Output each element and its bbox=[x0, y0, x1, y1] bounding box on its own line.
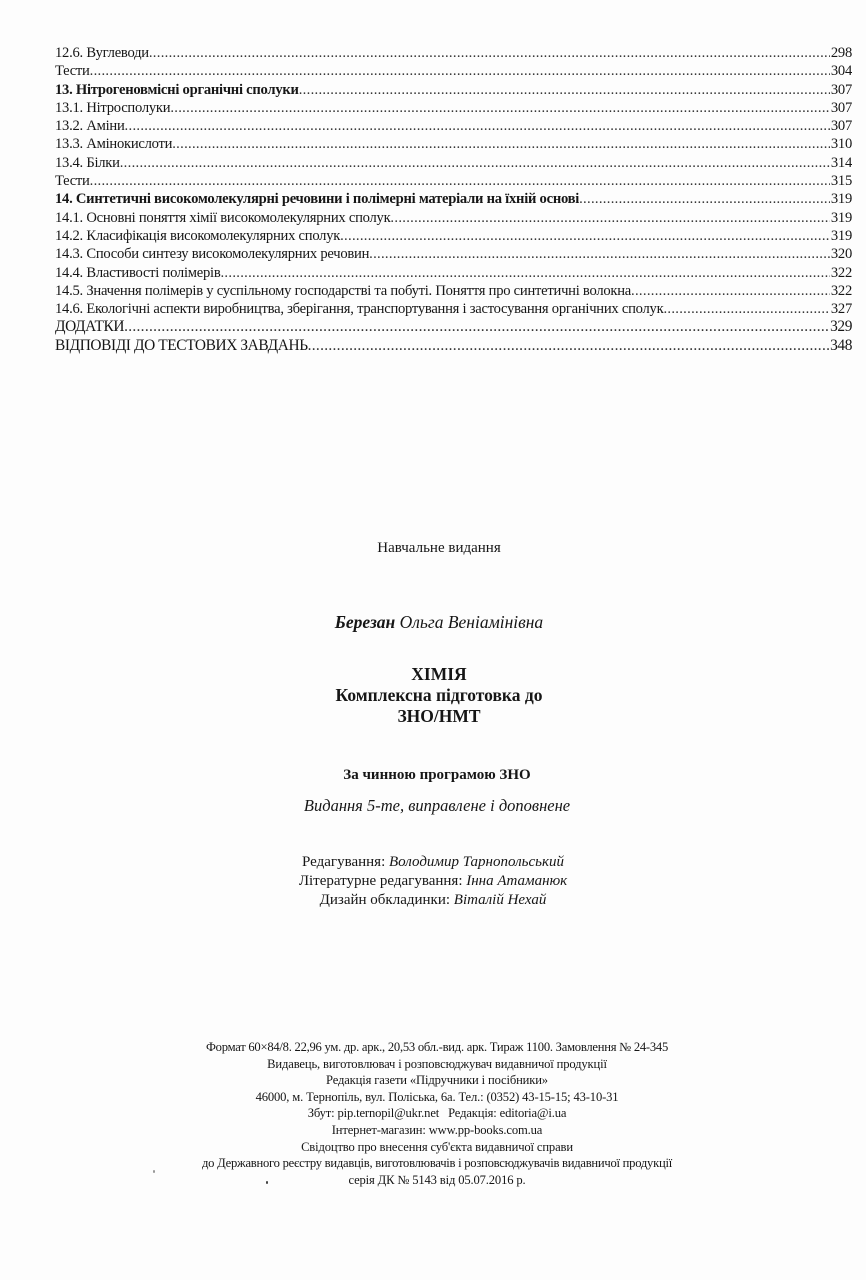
toc-entry-title: 14.6. Екологічні аспекти виробництва, зб… bbox=[55, 300, 663, 318]
format-line: Формат 60×84/8. 22,96 ум. др. арк., 20,5… bbox=[4, 1039, 866, 1056]
toc-entry-title: 13.2. Аміни bbox=[55, 117, 125, 135]
book-title-line: ХІМІЯ bbox=[6, 664, 866, 685]
toc-entry-page: 322 bbox=[830, 282, 852, 300]
toc-entry-page: 315 bbox=[830, 172, 852, 190]
scan-speck bbox=[153, 1170, 155, 1173]
toc-entry-page: 310 bbox=[830, 135, 852, 153]
toc-entry[interactable]: 14.2. Класифікація високомолекулярних сп… bbox=[55, 227, 852, 245]
toc-entry-page: 298 bbox=[830, 44, 852, 62]
publisher-info: Формат 60×84/8. 22,96 ум. др. арк., 20,5… bbox=[4, 1039, 866, 1188]
program-note: За чинною програмою ЗНО bbox=[4, 767, 866, 784]
toc-leader-dots bbox=[579, 190, 830, 208]
credits: Редагування: Володимир Тарнопольський Лі… bbox=[0, 853, 866, 910]
address-line: 46000, м. Тернопіль, вул. Поліська, 6а. … bbox=[4, 1089, 866, 1106]
toc-entry-title: Тести bbox=[55, 62, 90, 80]
credit-role: Літературне редагування: bbox=[299, 873, 463, 889]
toc-entry[interactable]: 14.5. Значення полімерів у суспільному г… bbox=[55, 282, 852, 300]
toc-entry-title: 12.6. Вуглеводи bbox=[55, 44, 149, 62]
credit-role: Дизайн обкладинки: bbox=[320, 892, 450, 908]
toc-entry-title: ДОДАТКИ bbox=[55, 318, 124, 336]
author-given-names: Ольга Веніамінівна bbox=[400, 612, 544, 632]
toc-entry-page: 327 bbox=[830, 300, 852, 318]
toc-entry-title: ВІДПОВІДІ ДО ТЕСТОВИХ ЗАВДАНЬ bbox=[55, 337, 308, 355]
credit-name: Інна Атаманюк bbox=[466, 873, 567, 889]
certificate-line: Свідоцтво про внесення суб'єкта видавнич… bbox=[4, 1139, 866, 1156]
toc-leader-dots bbox=[125, 117, 830, 135]
toc-chapter-entry[interactable]: 13. Нітрогеновмісні органічні сполуки 30… bbox=[55, 81, 852, 99]
toc-leader-dots bbox=[299, 81, 830, 99]
email-line: Збут: pip.ternopil@ukr.net Редакція: edi… bbox=[4, 1105, 866, 1122]
scan-speck bbox=[266, 1181, 268, 1184]
website-line: Інтернет-магазин: www.pp-books.com.ua bbox=[4, 1122, 866, 1139]
toc-entry-title: 14.5. Значення полімерів у суспільному г… bbox=[55, 282, 631, 300]
book-title: ХІМІЯ Комплексна підготовка до ЗНО/НМТ bbox=[6, 664, 866, 727]
credit-line: Редагування: Володимир Тарнопольський bbox=[0, 853, 866, 872]
toc-entry-title: 14.2. Класифікація високомолекулярних сп… bbox=[55, 227, 340, 245]
toc-leader-dots bbox=[120, 154, 830, 172]
toc-entry-title: 13.3. Амінокислоти bbox=[55, 135, 172, 153]
toc-entry-page: 307 bbox=[830, 117, 852, 135]
toc-leader-dots bbox=[90, 172, 830, 190]
toc-entry[interactable]: 14.4. Властивості полімерів 322 bbox=[55, 264, 852, 282]
toc-leader-dots bbox=[308, 337, 829, 355]
credit-line: Літературне редагування: Інна Атаманюк bbox=[0, 872, 866, 891]
edition-type-label: Навчальне видання bbox=[6, 540, 866, 557]
toc-entry-page: 319 bbox=[830, 190, 852, 208]
toc-entry[interactable]: 13.4. Білки 314 bbox=[55, 154, 852, 172]
book-title-line: ЗНО/НМТ bbox=[6, 706, 866, 727]
certificate-series-line: серія ДК № 5143 від 05.07.2016 р. bbox=[4, 1172, 866, 1189]
toc-entry-page: 319 bbox=[830, 227, 852, 245]
toc-leader-dots bbox=[220, 264, 829, 282]
toc-leader-dots bbox=[390, 209, 829, 227]
toc-entry-title: 14.3. Способи синтезу високомолекулярних… bbox=[55, 245, 369, 263]
toc-entry-title: Тести bbox=[55, 172, 90, 190]
toc-leader-dots bbox=[369, 245, 830, 263]
toc-entry-title: 14.4. Властивості полімерів bbox=[55, 264, 220, 282]
table-of-contents: 12.6. Вуглеводи 298 Тести 304 13. Нітрог… bbox=[55, 44, 852, 355]
credit-role: Редагування: bbox=[302, 854, 385, 870]
toc-entry[interactable]: 13.2. Аміни 307 bbox=[55, 117, 852, 135]
toc-entry[interactable]: 12.6. Вуглеводи 298 bbox=[55, 44, 852, 62]
toc-entry[interactable]: 13.3. Амінокислоти 310 bbox=[55, 135, 852, 153]
toc-entry-page: 307 bbox=[830, 99, 852, 117]
toc-entry[interactable]: 13.1. Нітросполуки 307 bbox=[55, 99, 852, 117]
credit-line: Дизайн обкладинки: Віталій Нехай bbox=[0, 891, 866, 910]
toc-entry-title: 13. Нітрогеновмісні органічні сполуки bbox=[55, 81, 299, 99]
publisher-line: Редакція газети «Підручники і посібники» bbox=[4, 1072, 866, 1089]
toc-entry[interactable]: Тести 304 bbox=[55, 62, 852, 80]
toc-chapter-entry[interactable]: 14. Синтетичні високомолекулярні речовин… bbox=[55, 190, 852, 208]
publisher-line: Видавець, виготовлювач і розповсюджувач … bbox=[4, 1056, 866, 1073]
author-surname: Березан bbox=[335, 612, 395, 632]
toc-entry-page: 304 bbox=[830, 62, 852, 80]
toc-entry-page: 348 bbox=[829, 337, 852, 355]
toc-entry[interactable]: ВІДПОВІДІ ДО ТЕСТОВИХ ЗАВДАНЬ 348 bbox=[55, 337, 852, 355]
toc-entry[interactable]: 14.6. Екологічні аспекти виробництва, зб… bbox=[55, 300, 852, 318]
toc-entry[interactable]: ДОДАТКИ 329 bbox=[55, 318, 852, 336]
toc-entry-title: 14. Синтетичні високомолекулярні речовин… bbox=[55, 190, 579, 208]
toc-entry-page: 322 bbox=[830, 264, 852, 282]
toc-leader-dots bbox=[172, 135, 830, 153]
certificate-line: до Державного реєстру видавців, виготовл… bbox=[4, 1155, 866, 1172]
author-name: Березан Ольга Веніамінівна bbox=[6, 612, 866, 633]
toc-leader-dots bbox=[663, 300, 829, 318]
toc-leader-dots bbox=[631, 282, 830, 300]
toc-entry-title: 14.1. Основні поняття хімії високомолеку… bbox=[55, 209, 390, 227]
toc-leader-dots bbox=[124, 318, 829, 336]
toc-leader-dots bbox=[340, 227, 830, 245]
toc-entry-title: 13.4. Білки bbox=[55, 154, 120, 172]
toc-entry[interactable]: 14.3. Способи синтезу високомолекулярних… bbox=[55, 245, 852, 263]
toc-entry[interactable]: 14.1. Основні поняття хімії високомолеку… bbox=[55, 209, 852, 227]
toc-entry-page: 314 bbox=[830, 154, 852, 172]
toc-leader-dots bbox=[170, 99, 830, 117]
toc-leader-dots bbox=[149, 44, 830, 62]
toc-entry-page: 320 bbox=[830, 245, 852, 263]
toc-entry-page: 319 bbox=[830, 209, 852, 227]
toc-leader-dots bbox=[90, 62, 830, 80]
toc-entry-title: 13.1. Нітросполуки bbox=[55, 99, 170, 117]
book-title-line: Комплексна підготовка до bbox=[6, 685, 866, 706]
credit-name: Володимир Тарнопольський bbox=[389, 854, 564, 870]
toc-entry[interactable]: Тести 315 bbox=[55, 172, 852, 190]
credit-name: Віталій Нехай bbox=[454, 892, 547, 908]
toc-entry-page: 307 bbox=[830, 81, 852, 99]
toc-entry-page: 329 bbox=[829, 318, 852, 336]
edition-note: Видання 5-те, виправлене і доповнене bbox=[4, 796, 866, 816]
